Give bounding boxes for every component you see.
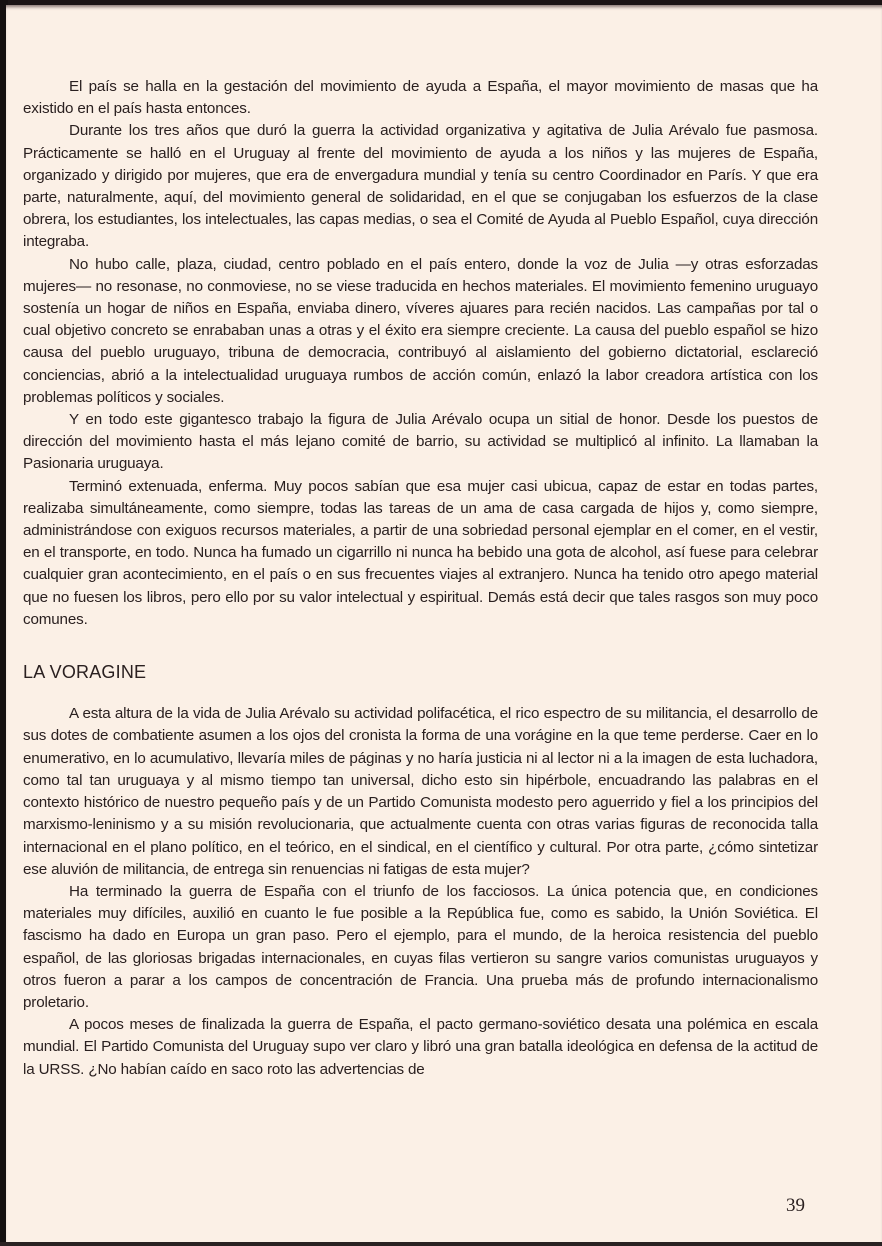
paragraph: Terminó extenuada, enferma. Muy pocos sa…	[23, 476, 818, 631]
body-text: El país se halla en la gestación del mov…	[23, 76, 818, 1081]
paragraph: Durante los tres años que duró la guerra…	[23, 120, 818, 253]
paragraph: A pocos meses de finalizada la guerra de…	[23, 1014, 818, 1081]
page-number: 39	[786, 1195, 805, 1217]
paragraph: No hubo calle, plaza, ciudad, centro pob…	[23, 254, 818, 409]
paragraph: Y en todo este gigantesco trabajo la fig…	[23, 409, 818, 476]
section-heading: LA VORAGINE	[23, 661, 818, 683]
book-page: El país se halla en la gestación del mov…	[6, 5, 882, 1243]
paragraph: El país se halla en la gestación del mov…	[23, 76, 818, 120]
paragraph: A esta altura de la vida de Julia Aréval…	[23, 703, 818, 881]
scan-bottom-edge	[0, 1242, 882, 1246]
paragraph: Ha terminado la guerra de España con el …	[23, 881, 818, 1014]
